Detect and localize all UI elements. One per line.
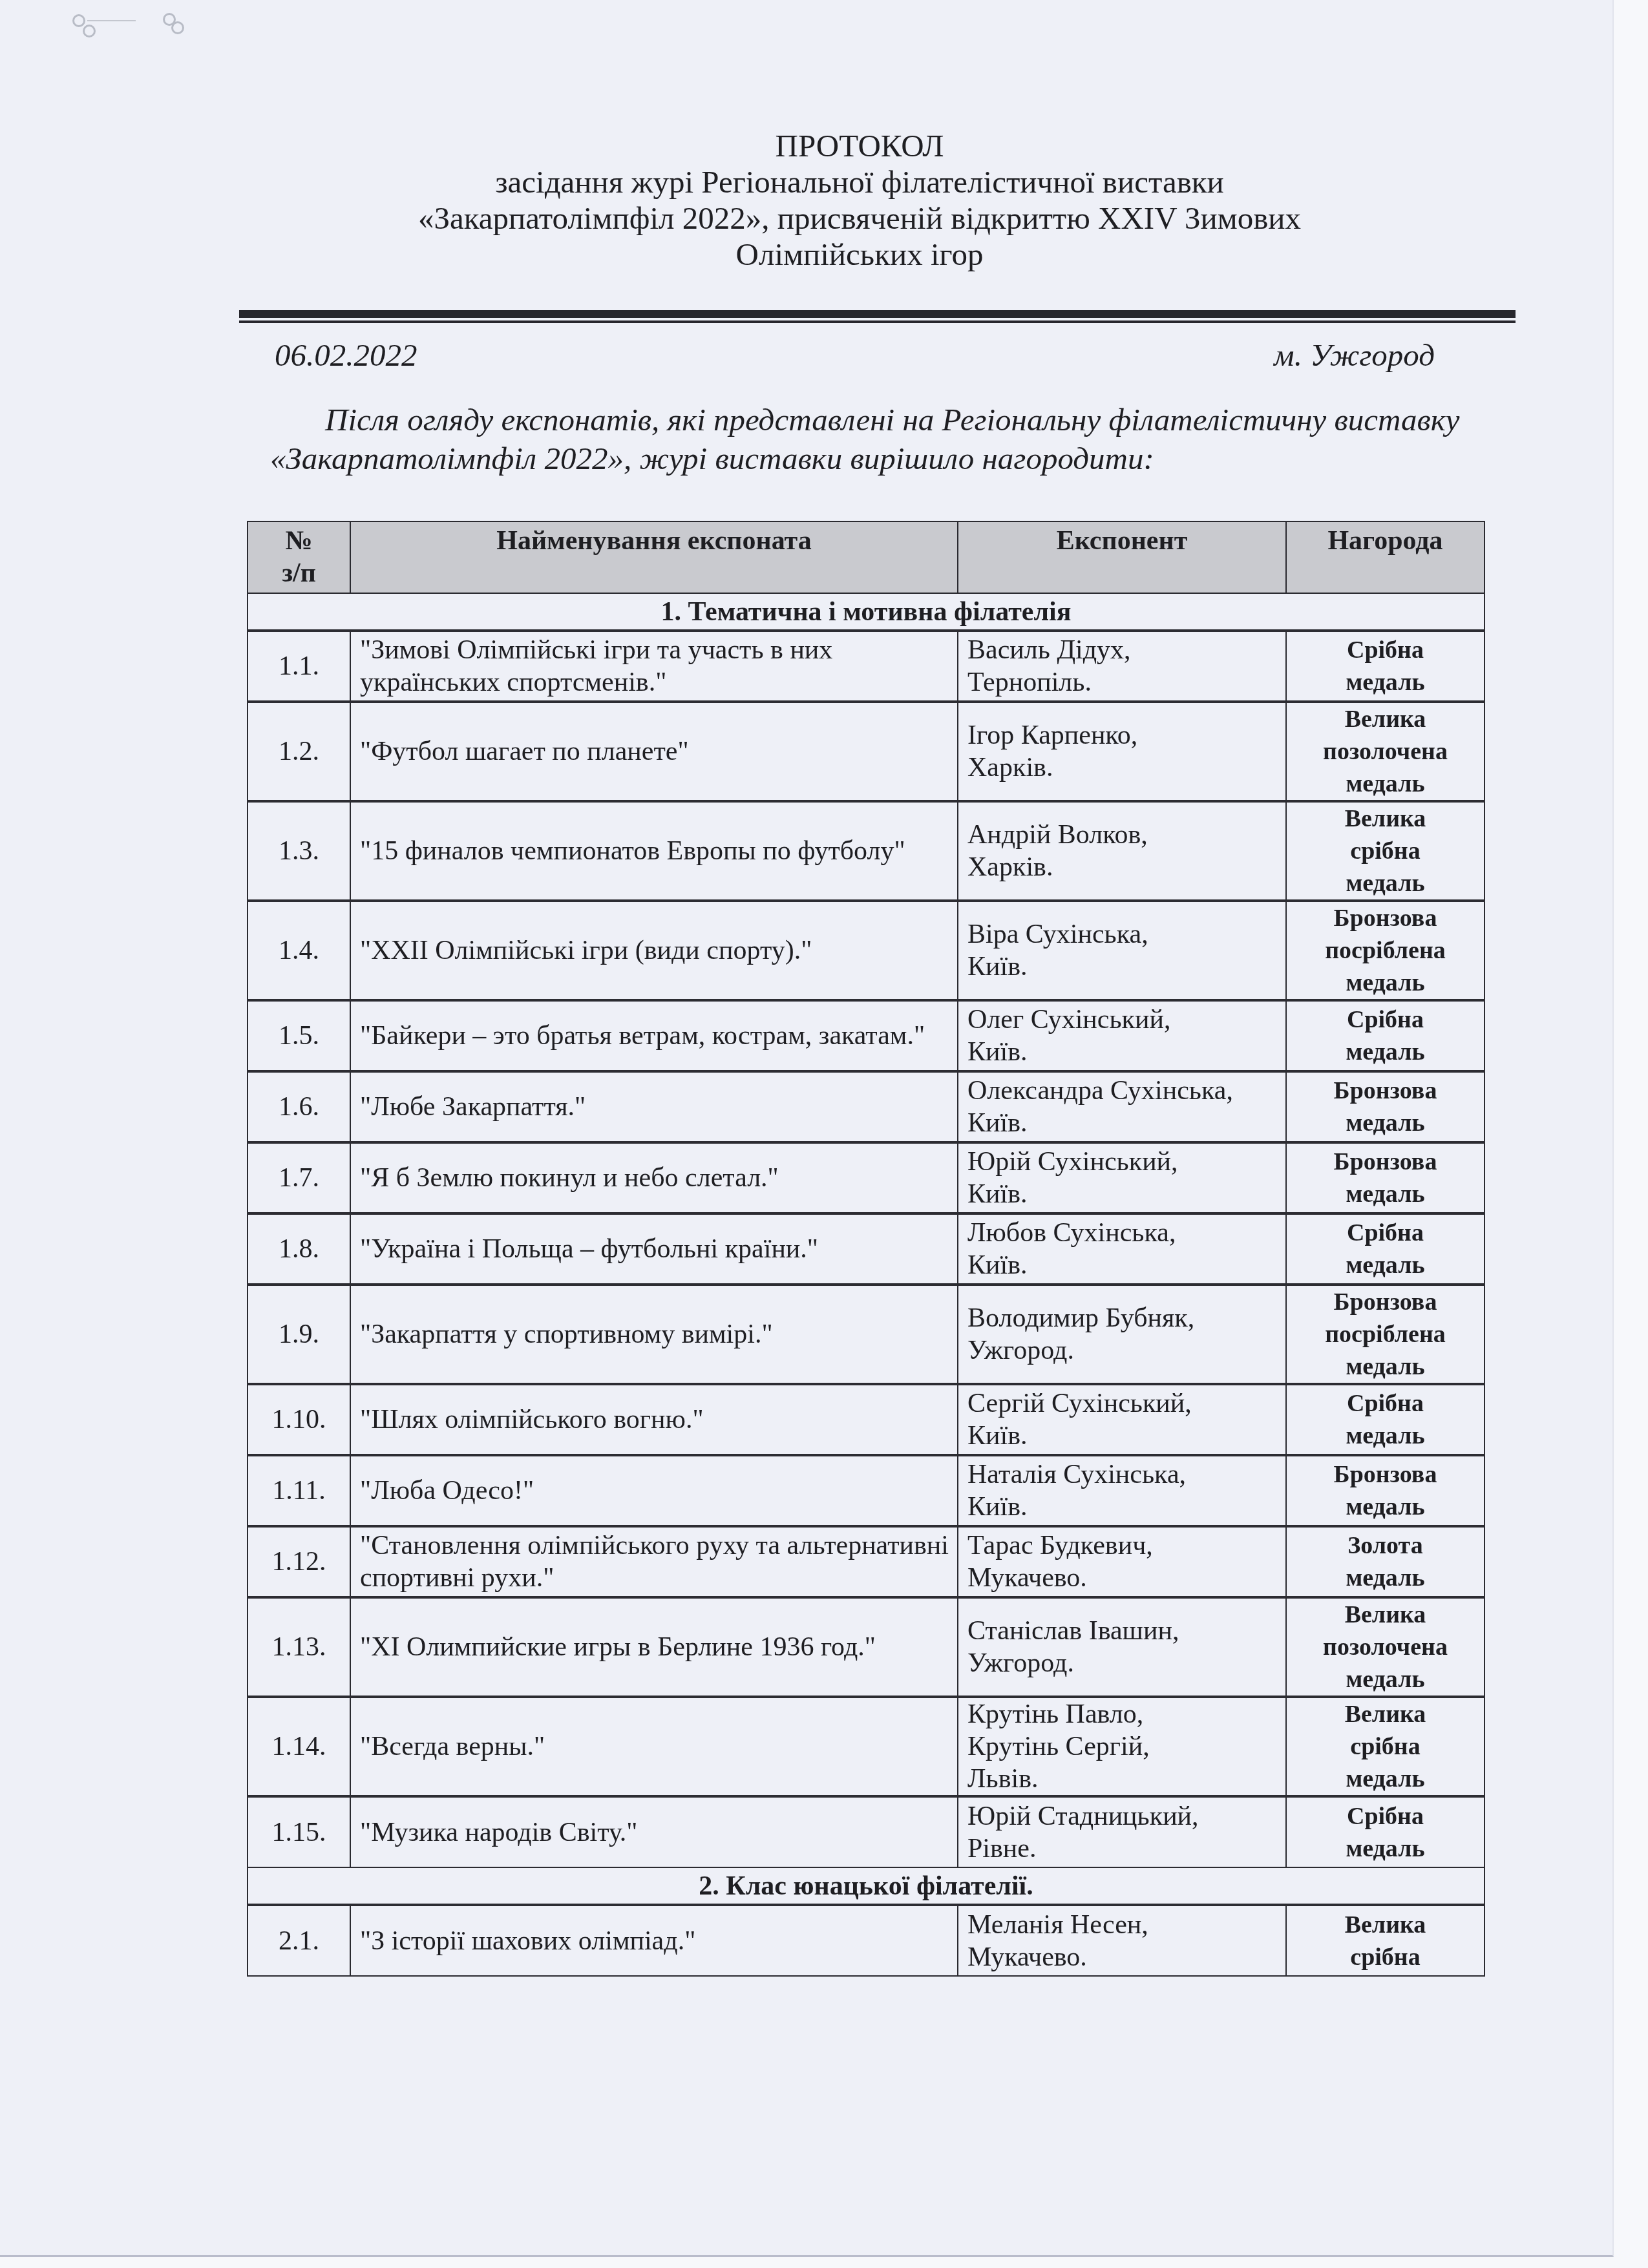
award: Срібнамедаль [1286, 1796, 1484, 1867]
award: Срібнамедаль [1286, 1213, 1484, 1285]
exhibit-name: "Становлення олімпійського руху та альте… [350, 1526, 958, 1597]
exhibit-name: "Любе Закарпаття." [350, 1071, 958, 1142]
exhibitor-line: Київ. [967, 950, 1280, 983]
exhibitor: Василь Дідух,Тернопіль. [958, 631, 1286, 702]
row-number: 1.10. [248, 1384, 350, 1455]
staple-scratch [87, 20, 136, 21]
table-row: 1.8."Україна і Польща – футбольні країни… [248, 1213, 1484, 1285]
header-award: Нагорода [1286, 521, 1484, 593]
exhibitor-line: Київ. [967, 1249, 1280, 1281]
exhibit-name: "15 финалов чемпионатов Европы по футбол… [350, 801, 958, 901]
table-row: 1.10."Шлях олімпійського вогню."Сергій С… [248, 1384, 1484, 1455]
table-header-row: № з/п Найменування експоната Експонент Н… [248, 521, 1484, 593]
row-number: 1.12. [248, 1526, 350, 1597]
document-city: м. Ужгород [1274, 336, 1435, 375]
exhibitor-line: Київ. [967, 1420, 1280, 1452]
awards-table: № з/п Найменування експоната Експонент Н… [247, 521, 1485, 1977]
title-divider-thick [239, 310, 1516, 318]
exhibitor-line: Харків. [967, 851, 1280, 883]
table-row: 1.12."Становлення олімпійського руху та … [248, 1526, 1484, 1597]
table-row: 1.11."Люба Одесо!"Наталія Сухінська,Київ… [248, 1455, 1484, 1526]
exhibit-name: "Футбол шагает по планете" [350, 702, 958, 801]
award-line: медаль [1292, 1562, 1479, 1594]
table-row: 1.6."Любе Закарпаття."Олександра Сухінсь… [248, 1071, 1484, 1142]
award-line: Велика [1292, 1698, 1479, 1730]
award: Золотамедаль [1286, 1526, 1484, 1597]
exhibitor: Віра Сухінська,Київ. [958, 901, 1286, 1000]
exhibitor-line: Наталія Сухінська, [967, 1458, 1280, 1491]
exhibit-name: "Байкери – это братья ветрам, кострам, з… [350, 1000, 958, 1071]
exhibitor-line: Київ. [967, 1107, 1280, 1139]
exhibitor: Олег Сухінський,Київ. [958, 1000, 1286, 1071]
award-line: медаль [1292, 1420, 1479, 1452]
award-line: Срібна [1292, 1217, 1479, 1249]
exhibitor-line: Сергій Сухінський, [967, 1387, 1280, 1420]
exhibitor-line: Василь Дідух, [967, 634, 1280, 666]
exhibitor-line: Юрій Стадницький, [967, 1800, 1280, 1832]
row-number: 1.5. [248, 1000, 350, 1071]
header-exhibitor: Експонент [958, 521, 1286, 593]
exhibitor: Станіслав Івашин,Ужгород. [958, 1597, 1286, 1697]
header-number-line1: № [253, 525, 344, 557]
table-row: 1.15."Музика народів Світу."Юрій Стадниц… [248, 1796, 1484, 1867]
table-row: 1.1."Зимові Олімпійські ігри та участь в… [248, 631, 1484, 702]
award-line: посріблена [1292, 934, 1479, 967]
award-line: медаль [1292, 1491, 1479, 1523]
exhibit-name: "Зимові Олімпійські ігри та участь в них… [350, 631, 958, 702]
exhibitor-line: Київ. [967, 1036, 1280, 1068]
award: Бронзовамедаль [1286, 1142, 1484, 1213]
row-number: 1.2. [248, 702, 350, 801]
award-line: Велика [1292, 1909, 1479, 1941]
award: Бронзовамедаль [1286, 1455, 1484, 1526]
exhibitor-line: Рівне. [967, 1832, 1280, 1865]
exhibit-name: "XI Олимпийские игры в Берлине 1936 год.… [350, 1597, 958, 1697]
exhibit-name: "Шлях олімпійського вогню." [350, 1384, 958, 1455]
exhibitor-line: Олександра Сухінська, [967, 1075, 1280, 1107]
row-number: 1.15. [248, 1796, 350, 1867]
row-number: 1.8. [248, 1213, 350, 1285]
award-line: срібна [1292, 1730, 1479, 1763]
award-line: Велика [1292, 803, 1479, 835]
award: Великапозолоченамедаль [1286, 702, 1484, 801]
section-header-row: 2. Клас юнацької філателії. [248, 1867, 1484, 1905]
table-row: 1.9."Закарпаття у спортивному вимірі."Во… [248, 1285, 1484, 1384]
row-number: 1.4. [248, 901, 350, 1000]
exhibitor-line: Станіслав Івашин, [967, 1615, 1280, 1647]
award-line: медаль [1292, 867, 1479, 899]
exhibit-name: "Люба Одесо!" [350, 1455, 958, 1526]
exhibitor-line: Крутінь Сергій, [967, 1730, 1280, 1763]
exhibitor-line: Київ. [967, 1178, 1280, 1210]
exhibitor: Андрій Волков,Харків. [958, 801, 1286, 901]
row-number: 1.1. [248, 631, 350, 702]
exhibitor-line: Тарас Будкевич, [967, 1529, 1280, 1562]
section-title: 2. Клас юнацької філателії. [248, 1867, 1484, 1905]
exhibitor-line: Меланія Несен, [967, 1909, 1280, 1941]
exhibitor: Ігор Карпенко,Харків. [958, 702, 1286, 801]
award: Великапозолоченамедаль [1286, 1597, 1484, 1697]
exhibitor-line: Юрій Сухінський, [967, 1146, 1280, 1178]
award-line: медаль [1292, 1663, 1479, 1696]
award-line: срібна [1292, 835, 1479, 867]
exhibitor: Юрій Сухінський,Київ. [958, 1142, 1286, 1213]
exhibitor-line: Ігор Карпенко, [967, 719, 1280, 751]
award-line: Бронзова [1292, 1075, 1479, 1107]
title-divider-thin [239, 320, 1516, 323]
exhibitor-line: Тернопіль. [967, 666, 1280, 698]
award: Срібнамедаль [1286, 1000, 1484, 1071]
award-line: медаль [1292, 768, 1479, 800]
exhibit-name: "Закарпаття у спортивному вимірі." [350, 1285, 958, 1384]
exhibitor-line: Олег Сухінський, [967, 1003, 1280, 1036]
exhibitor-line: Ужгород. [967, 1334, 1280, 1367]
section-header-row: 1. Тематична і мотивна філателія [248, 593, 1484, 631]
exhibit-name: "Музика народів Світу." [350, 1796, 958, 1867]
exhibitor-line: Київ. [967, 1491, 1280, 1523]
award-line: позолочена [1292, 1631, 1479, 1663]
row-number: 1.9. [248, 1285, 350, 1384]
award-line: медаль [1292, 967, 1479, 999]
exhibitor: Тарас Будкевич,Мукачево. [958, 1526, 1286, 1597]
exhibitor-line: Віра Сухінська, [967, 918, 1280, 950]
intro-paragraph: Після огляду експонатів, які представлен… [270, 401, 1466, 478]
award: Великасрібна [1286, 1905, 1484, 1976]
table-row: 1.14."Всегда верны."Крутінь Павло,Крутін… [248, 1697, 1484, 1796]
exhibitor: Любов Сухінська,Київ. [958, 1213, 1286, 1285]
award-line: медаль [1292, 1249, 1479, 1281]
table-row: 1.5."Байкери – это братья ветрам, костра… [248, 1000, 1484, 1071]
exhibit-name: "Україна і Польща – футбольні країни." [350, 1213, 958, 1285]
award: Срібнамедаль [1286, 631, 1484, 702]
award-line: срібна [1292, 1941, 1479, 1973]
award-line: медаль [1292, 1178, 1479, 1210]
header-number: № з/п [248, 521, 350, 593]
row-number: 1.3. [248, 801, 350, 901]
award: Бронзовамедаль [1286, 1071, 1484, 1142]
award-line: позолочена [1292, 735, 1479, 768]
exhibit-name: "XXII Олімпійські ігри (види спорту)." [350, 901, 958, 1000]
exhibitor-line: Крутінь Павло, [967, 1698, 1280, 1730]
table-body: 1. Тематична і мотивна філателія1.1."Зим… [248, 593, 1484, 1976]
staple-mark-icon [171, 21, 184, 34]
award-line: Велика [1292, 1599, 1479, 1631]
exhibitor: Юрій Стадницький,Рівне. [958, 1796, 1286, 1867]
exhibit-name: "Всегда верны." [350, 1697, 958, 1796]
row-number: 2.1. [248, 1905, 350, 1976]
title-line: Олімпійських ігор [246, 236, 1474, 273]
award-line: Золота [1292, 1529, 1479, 1562]
exhibitor: Володимир Бубняк,Ужгород. [958, 1285, 1286, 1384]
title-line: «Закарпатолімпфіл 2022», присвяченій від… [246, 200, 1474, 236]
row-number: 1.14. [248, 1697, 350, 1796]
award: Великасрібнамедаль [1286, 1697, 1484, 1796]
award-line: Бронзова [1292, 1458, 1479, 1491]
staple-mark-icon [72, 14, 85, 27]
exhibitor: Меланія Несен,Мукачево. [958, 1905, 1286, 1976]
document-title: ПРОТОКОЛ засідання журі Регіональної філ… [246, 128, 1474, 273]
table-row: 1.13."XI Олимпийские игры в Берлине 1936… [248, 1597, 1484, 1697]
exhibitor-line: Володимир Бубняк, [967, 1302, 1280, 1334]
row-number: 1.6. [248, 1071, 350, 1142]
exhibitor: Наталія Сухінська,Київ. [958, 1455, 1286, 1526]
award: Бронзовапосрібленамедаль [1286, 1285, 1484, 1384]
table-row: 1.3."15 финалов чемпионатов Европы по фу… [248, 801, 1484, 901]
award: Великасрібнамедаль [1286, 801, 1484, 901]
exhibitor: Сергій Сухінський,Київ. [958, 1384, 1286, 1455]
award-line: посріблена [1292, 1318, 1479, 1350]
exhibitor-line: Харків. [967, 751, 1280, 784]
exhibitor-line: Любов Сухінська, [967, 1217, 1280, 1249]
award-line: Срібна [1292, 1003, 1479, 1036]
title-line: засідання журі Регіональної філателістич… [246, 164, 1474, 200]
exhibitor-line: Андрій Волков, [967, 819, 1280, 851]
award-line: Срібна [1292, 634, 1479, 666]
award-line: медаль [1292, 666, 1479, 698]
section-title: 1. Тематична і мотивна філателія [248, 593, 1484, 631]
award-line: Велика [1292, 703, 1479, 735]
award-line: Бронзова [1292, 902, 1479, 934]
award-line: медаль [1292, 1036, 1479, 1068]
award-line: медаль [1292, 1832, 1479, 1865]
row-number: 1.7. [248, 1142, 350, 1213]
award: Бронзовапосрібленамедаль [1286, 901, 1484, 1000]
exhibitor-line: Ужгород. [967, 1647, 1280, 1679]
award-line: медаль [1292, 1350, 1479, 1383]
award-line: Срібна [1292, 1800, 1479, 1832]
title-line: ПРОТОКОЛ [246, 128, 1474, 164]
header-number-line2: з/п [253, 557, 344, 589]
exhibitor: Олександра Сухінська,Київ. [958, 1071, 1286, 1142]
table-row: 2.1."З історії шахових олімпіад."Меланія… [248, 1905, 1484, 1976]
exhibitor-line: Львів. [967, 1763, 1280, 1795]
row-number: 1.11. [248, 1455, 350, 1526]
award-line: Срібна [1292, 1387, 1479, 1420]
award-line: медаль [1292, 1107, 1479, 1139]
table-row: 1.7."Я б Землю покинул и небо слетал."Юр… [248, 1142, 1484, 1213]
header-exhibit-name: Найменування експоната [350, 521, 958, 593]
exhibitor-line: Мукачево. [967, 1562, 1280, 1594]
exhibit-name: "Я б Землю покинул и небо слетал." [350, 1142, 958, 1213]
award-line: Бронзова [1292, 1286, 1479, 1318]
table-row: 1.2."Футбол шагает по планете"Ігор Карпе… [248, 702, 1484, 801]
staple-mark-icon [83, 25, 96, 37]
exhibitor-line: Мукачево. [967, 1941, 1280, 1973]
award-line: медаль [1292, 1763, 1479, 1795]
document-date: 06.02.2022 [275, 336, 417, 375]
award: Срібнамедаль [1286, 1384, 1484, 1455]
table-row: 1.4."XXII Олімпійські ігри (види спорту)… [248, 901, 1484, 1000]
exhibitor: Крутінь Павло,Крутінь Сергій,Львів. [958, 1697, 1286, 1796]
row-number: 1.13. [248, 1597, 350, 1697]
exhibit-name: "З історії шахових олімпіад." [350, 1905, 958, 1976]
award-line: Бронзова [1292, 1146, 1479, 1178]
